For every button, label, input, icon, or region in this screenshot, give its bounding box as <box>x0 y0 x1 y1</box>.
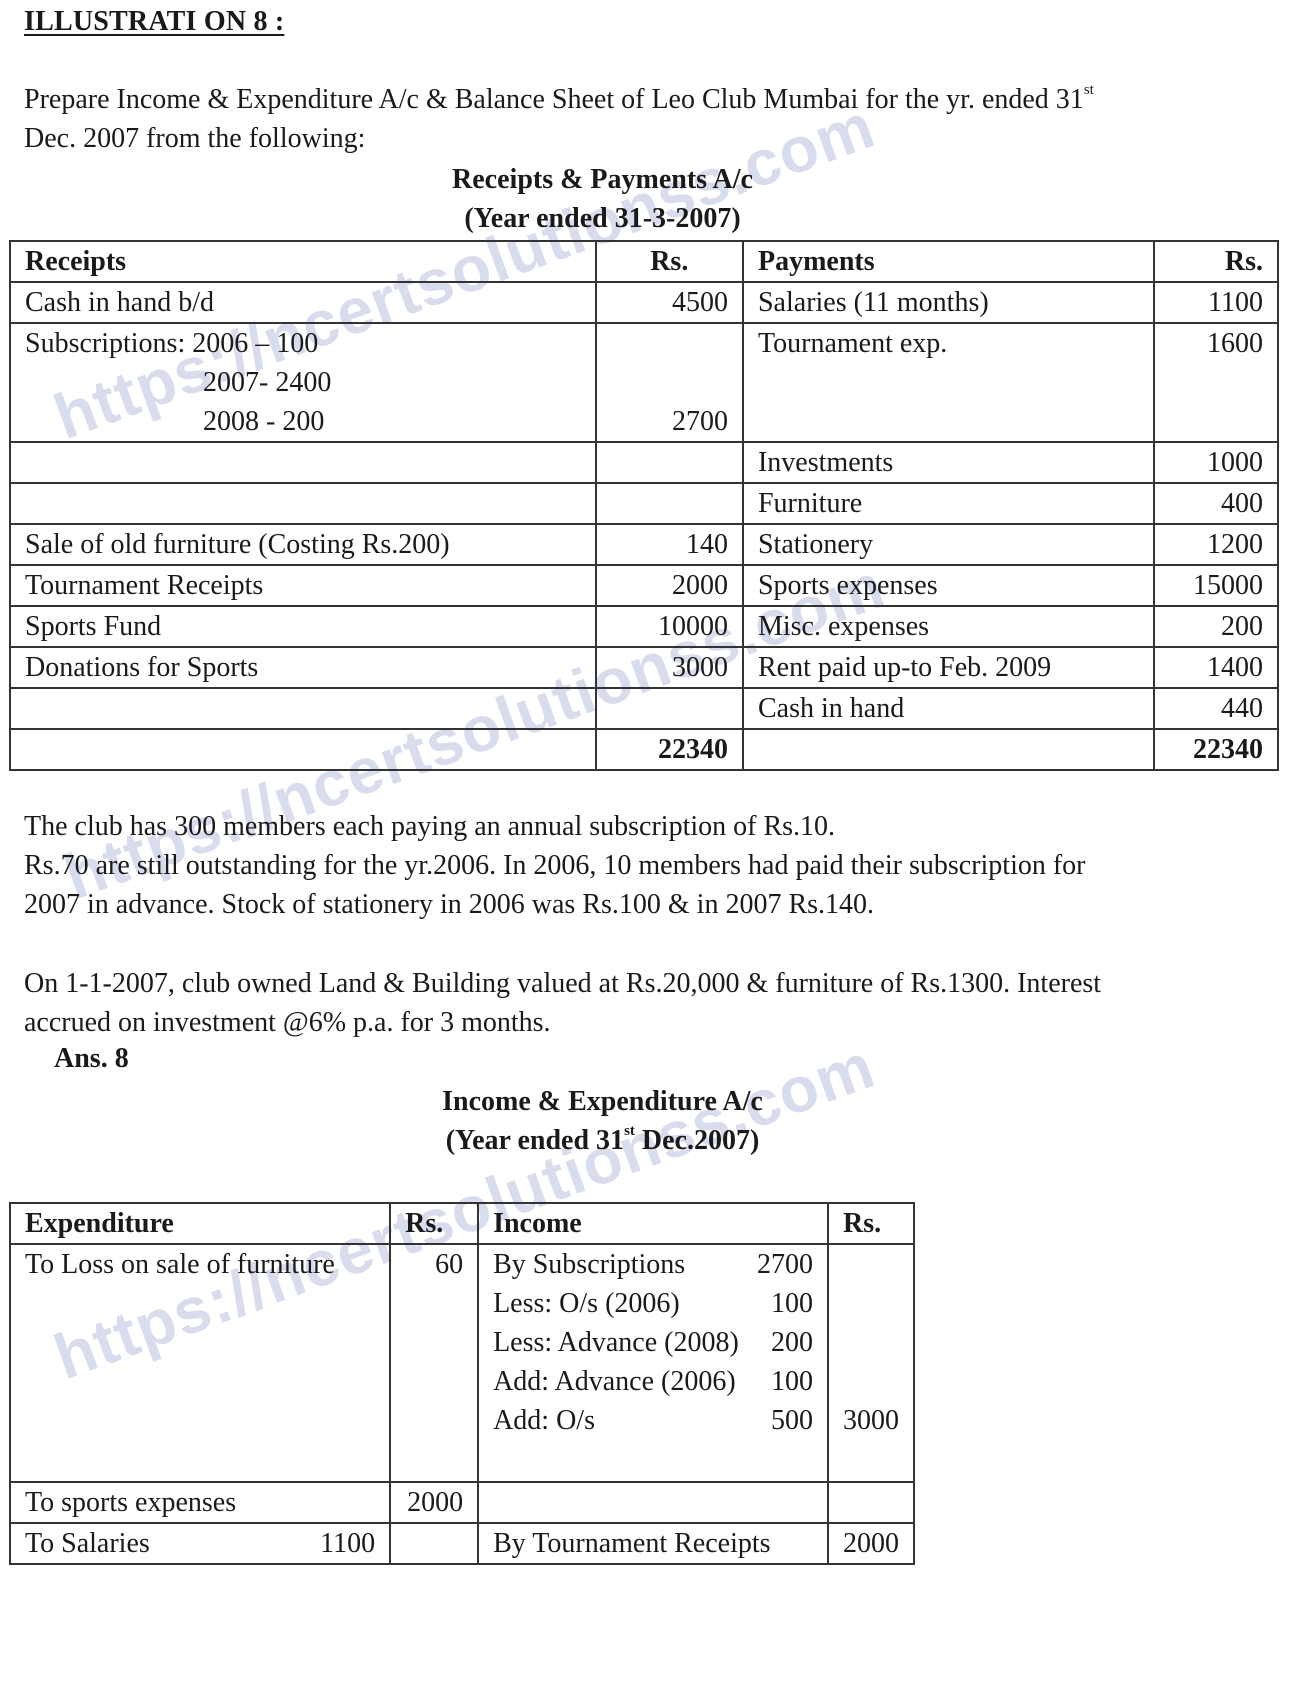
table-row: Donations for Sports 3000 Rent paid up-t… <box>10 647 1278 688</box>
receipt-label <box>10 442 596 483</box>
table-row: Cash in hand 440 <box>10 688 1278 729</box>
total-payments: 22340 <box>1154 729 1278 770</box>
income-label: By Subscriptions2700 Less: O/s (2006)100… <box>478 1244 828 1482</box>
header-expenditure-amount: Rs. <box>390 1203 478 1244</box>
receipt-label <box>10 483 596 524</box>
income-amount <box>828 1482 914 1523</box>
ie-subtitle-superscript: st <box>624 1123 635 1139</box>
ie-title-block: Income & Expenditure A/c (Year ended 31s… <box>0 1082 1205 1160</box>
table-header-row: Receipts Rs. Payments Rs. <box>10 241 1278 282</box>
receipt-label <box>10 688 596 729</box>
payment-amount: 1100 <box>1154 282 1278 323</box>
receipt-amount: 2000 <box>596 565 743 606</box>
table-row: Furniture 400 <box>10 483 1278 524</box>
payment-amount: 200 <box>1154 606 1278 647</box>
header-payments-amount: Rs. <box>1154 241 1278 282</box>
notes-paragraph-2: On 1-1-2007, club owned Land & Building … <box>24 964 1270 1042</box>
subscription-line: Subscriptions: 2006 – 100 <box>25 324 581 363</box>
header-payments: Payments <box>743 241 1154 282</box>
intro-paragraph: Prepare Income & Expenditure A/c & Balan… <box>24 80 1270 158</box>
income-label: By Tournament Receipts <box>478 1523 828 1564</box>
receipt-label: Tournament Receipts <box>10 565 596 606</box>
receipt-amount: 2700 <box>596 323 743 442</box>
note-line: accrued on investment @6% p.a. for 3 mon… <box>24 1003 1270 1042</box>
table-row: Cash in hand b/d 4500 Salaries (11 month… <box>10 282 1278 323</box>
payment-amount: 1200 <box>1154 524 1278 565</box>
income-amount: 3000 <box>828 1244 914 1482</box>
ie-subtitle-text: (Year ended 31 <box>446 1125 624 1156</box>
income-line-label: Add: O/s <box>493 1401 595 1440</box>
receipt-amount <box>596 483 743 524</box>
answer-label: Ans. 8 <box>54 1043 129 1075</box>
rp-title-block: Receipts & Payments A/c (Year ended 31-3… <box>0 160 1205 238</box>
intro-line-2: Dec. 2007 from the following: <box>24 119 1270 158</box>
table-row: Subscriptions: 2006 – 100 2007- 2400 200… <box>10 323 1278 442</box>
notes-paragraph-1: The club has 300 members each paying an … <box>24 807 1270 924</box>
table-row: Sale of old furniture (Costing Rs.200) 1… <box>10 524 1278 565</box>
receipt-label: Donations for Sports <box>10 647 596 688</box>
payment-amount: 15000 <box>1154 565 1278 606</box>
table-row: To Salaries1100 By Tournament Receipts 2… <box>10 1523 914 1564</box>
payment-label: Rent paid up-to Feb. 2009 <box>743 647 1154 688</box>
receipt-amount: 4500 <box>596 282 743 323</box>
receipt-label: Sports Fund <box>10 606 596 647</box>
payment-label: Tournament exp. <box>743 323 1154 442</box>
receipt-amount: 3000 <box>596 647 743 688</box>
note-line: On 1-1-2007, club owned Land & Building … <box>24 964 1270 1003</box>
income-line-label: Less: O/s (2006) <box>493 1284 680 1323</box>
income-line-amount: 500 <box>753 1401 813 1440</box>
income-line-amount: 2700 <box>753 1245 813 1284</box>
total-receipts-label <box>10 729 596 770</box>
income-label <box>478 1482 828 1523</box>
payment-amount: 1000 <box>1154 442 1278 483</box>
total-row: 22340 22340 <box>10 729 1278 770</box>
payment-amount: 1400 <box>1154 647 1278 688</box>
rp-title: Receipts & Payments A/c <box>0 160 1205 199</box>
header-income-amount: Rs. <box>828 1203 914 1244</box>
income-line: Less: Advance (2008)200 <box>493 1323 813 1362</box>
rp-subtitle: (Year ended 31-3-2007) <box>0 199 1205 238</box>
expenditure-inner-amount: 1100 <box>315 1524 375 1563</box>
income-line-label: By Subscriptions <box>493 1245 685 1284</box>
header-expenditure: Expenditure <box>10 1203 390 1244</box>
payment-label: Furniture <box>743 483 1154 524</box>
table-header-row: Expenditure Rs. Income Rs. <box>10 1203 914 1244</box>
payment-amount: 400 <box>1154 483 1278 524</box>
receipt-amount <box>596 442 743 483</box>
income-expenditure-table: Expenditure Rs. Income Rs. To Loss on sa… <box>9 1202 915 1565</box>
payment-label: Cash in hand <box>743 688 1154 729</box>
receipt-label: Subscriptions: 2006 – 100 2007- 2400 200… <box>10 323 596 442</box>
payment-amount: 440 <box>1154 688 1278 729</box>
note-line: The club has 300 members each paying an … <box>24 807 1270 846</box>
payment-label: Misc. expenses <box>743 606 1154 647</box>
payment-label: Investments <box>743 442 1154 483</box>
expenditure-amount <box>390 1523 478 1564</box>
payment-label: Sports expenses <box>743 565 1154 606</box>
expenditure-line-label: To Salaries <box>25 1524 150 1563</box>
receipts-payments-table: Receipts Rs. Payments Rs. Cash in hand b… <box>9 240 1279 771</box>
note-line: Rs.70 are still outstanding for the yr.2… <box>24 846 1270 885</box>
receipt-amount <box>596 688 743 729</box>
total-payments-label <box>743 729 1154 770</box>
table-row: Investments 1000 <box>10 442 1278 483</box>
income-line: Add: Advance (2006)100 <box>493 1362 813 1401</box>
header-receipts-amount: Rs. <box>596 241 743 282</box>
ie-subtitle: (Year ended 31st Dec.2007) <box>0 1121 1205 1160</box>
table-row: To Loss on sale of furniture 60 By Subsc… <box>10 1244 914 1482</box>
income-line: Less: O/s (2006)100 <box>493 1284 813 1323</box>
table-row: Sports Fund 10000 Misc. expenses 200 <box>10 606 1278 647</box>
income-line-label: Add: Advance (2006) <box>493 1362 736 1401</box>
header-receipts: Receipts <box>10 241 596 282</box>
ie-title: Income & Expenditure A/c <box>0 1082 1205 1121</box>
illustration-heading: ILLUSTRATI ON 8 : <box>24 6 284 38</box>
receipt-label: Cash in hand b/d <box>10 282 596 323</box>
income-amount: 2000 <box>828 1523 914 1564</box>
receipt-amount: 10000 <box>596 606 743 647</box>
receipt-amount: 140 <box>596 524 743 565</box>
intro-superscript: st <box>1084 82 1094 98</box>
expenditure-label: To sports expenses <box>10 1482 390 1523</box>
expenditure-label: To Salaries1100 <box>10 1523 390 1564</box>
expenditure-amount: 2000 <box>390 1482 478 1523</box>
expenditure-amount: 60 <box>390 1244 478 1482</box>
header-income: Income <box>478 1203 828 1244</box>
income-line-amount: 100 <box>753 1284 813 1323</box>
note-line: 2007 in advance. Stock of stationery in … <box>24 885 1270 924</box>
total-receipts: 22340 <box>596 729 743 770</box>
income-line-amount: 100 <box>753 1362 813 1401</box>
intro-line-1: Prepare Income & Expenditure A/c & Balan… <box>24 84 1084 115</box>
income-line-label: Less: Advance (2008) <box>493 1323 739 1362</box>
income-line: By Subscriptions2700 <box>493 1245 813 1284</box>
table-row: Tournament Receipts 2000 Sports expenses… <box>10 565 1278 606</box>
payment-amount: 1600 <box>1154 323 1278 442</box>
table-row: To sports expenses 2000 <box>10 1482 914 1523</box>
income-line-amount: 200 <box>753 1323 813 1362</box>
payment-label: Salaries (11 months) <box>743 282 1154 323</box>
income-line: Add: O/s500 <box>493 1401 813 1440</box>
expenditure-label: To Loss on sale of furniture <box>10 1244 390 1482</box>
payment-label: Stationery <box>743 524 1154 565</box>
subscription-line: 2008 - 200 <box>25 402 581 441</box>
ie-subtitle-text: Dec.2007) <box>635 1125 759 1156</box>
income-amount-value: 3000 <box>843 1405 899 1436</box>
receipt-label: Sale of old furniture (Costing Rs.200) <box>10 524 596 565</box>
subscription-line: 2007- 2400 <box>25 363 581 402</box>
